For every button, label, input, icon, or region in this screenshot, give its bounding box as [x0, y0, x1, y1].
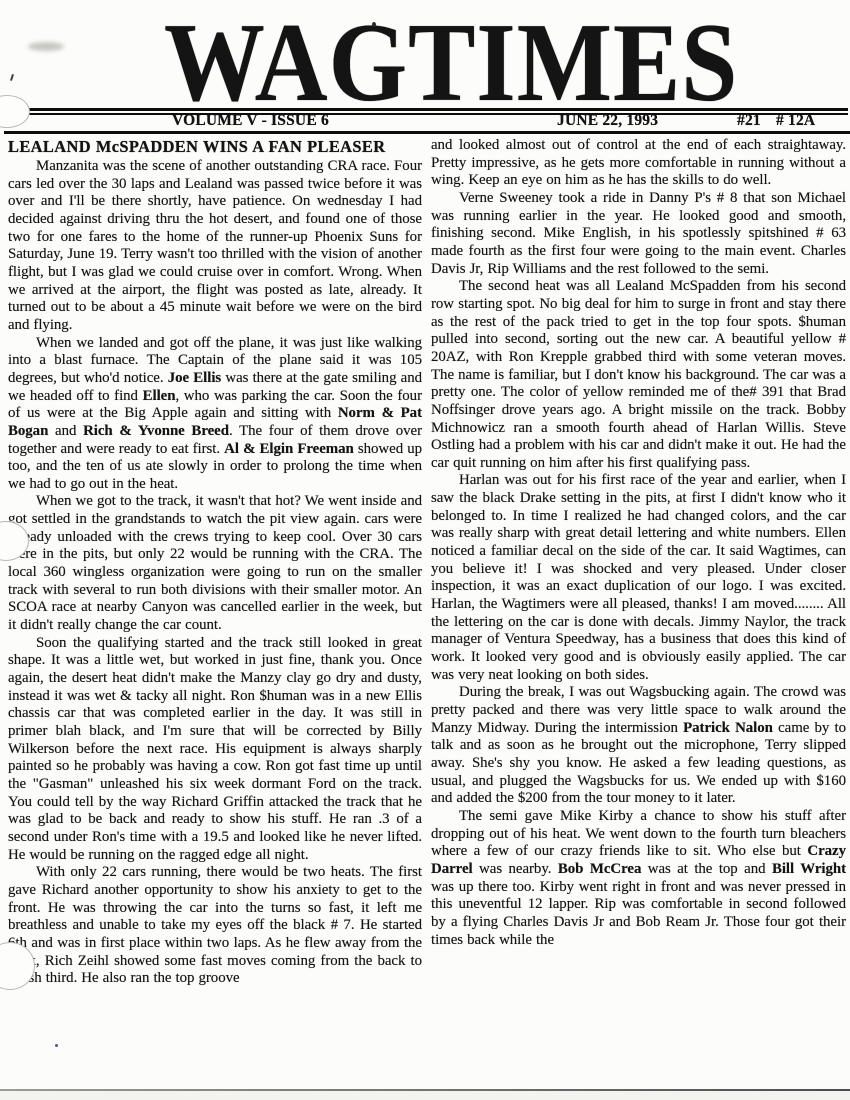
issue-number: #21	[737, 112, 761, 130]
newsletter-page: WAGTIMES VOLUME V - ISSUE 6 JUNE 22, 199…	[0, 0, 850, 1100]
bold-name-text: Bill Wright	[772, 861, 846, 877]
paragraph: and looked almost out of control at the …	[431, 137, 846, 190]
newsletter-title: WAGTIMES	[164, 6, 739, 119]
scan-speck-artifact	[372, 22, 376, 27]
right-column: and looked almost out of control at the …	[431, 137, 846, 988]
text-segment: The semi gave Mike Kirby a chance to sho…	[431, 808, 846, 859]
paragraph: The semi gave Mike Kirby a chance to sho…	[431, 808, 846, 949]
issue-date: JUNE 22, 1993	[557, 112, 658, 130]
ink-dot-artifact	[55, 1044, 58, 1047]
header-divider-rule	[4, 131, 850, 134]
volume-issue-label: VOLUME V - ISSUE 6	[172, 112, 329, 130]
paragraph: Harlan was out for his first race of the…	[431, 472, 846, 684]
text-segment: was up there too. Kirby went right in fr…	[431, 879, 846, 948]
masthead-rule-thick	[24, 108, 848, 111]
bold-name-text: Ellen	[143, 388, 176, 404]
text-segment: Soon the qualifying started and the trac…	[8, 635, 422, 863]
text-segment: Manzanita was the scene of another outst…	[8, 158, 422, 333]
text-segment: With only 22 cars running, there would b…	[8, 864, 422, 986]
masthead: WAGTIMES	[0, 6, 850, 103]
bold-name-text: Joe Ellis	[168, 370, 221, 386]
page-code: # 12A	[776, 112, 815, 130]
page-bottom-strip	[0, 1091, 850, 1100]
paragraph: Manzanita was the scene of another outst…	[8, 158, 422, 335]
text-segment: The second heat was all Lealand McSpadde…	[431, 278, 846, 471]
article-body: LEALAND McSPADDEN WINS A FAN PLEASER Man…	[8, 137, 846, 988]
paragraph: The second heat was all Lealand McSpadde…	[431, 278, 846, 472]
article-headline: LEALAND McSPADDEN WINS A FAN PLEASER	[8, 137, 422, 157]
text-segment: was at the top and	[641, 861, 772, 877]
text-segment: When we got to the track, it wasn't that…	[8, 493, 422, 633]
bold-name-text: Patrick Nalon	[683, 720, 773, 736]
issue-info-row: VOLUME V - ISSUE 6 JUNE 22, 1993 #21 # 1…	[0, 112, 850, 130]
text-segment: Harlan was out for his first race of the…	[431, 472, 846, 682]
bold-name-text: Rich & Yvonne Breed	[83, 423, 229, 439]
text-segment: and looked almost out of control at the …	[431, 137, 846, 188]
bold-name-text: Al & Elgin Freeman	[224, 441, 354, 457]
text-segment: was nearby.	[473, 861, 558, 877]
paragraph: Soon the qualifying started and the trac…	[8, 635, 422, 865]
paragraph: When we got to the track, it wasn't that…	[8, 493, 422, 634]
paragraph: Verne Sweeney took a ride in Danny P's #…	[431, 190, 846, 278]
paragraph: During the break, I was out Wagsbucking …	[431, 684, 846, 808]
paragraph: With only 22 cars running, there would b…	[8, 864, 422, 988]
text-segment: and	[48, 423, 83, 439]
bold-name-text: Bob McCrea	[558, 861, 641, 877]
left-column: LEALAND McSPADDEN WINS A FAN PLEASER Man…	[8, 137, 422, 988]
scan-smudge-artifact	[28, 42, 64, 51]
paragraph: When we landed and got off the plane, it…	[8, 335, 422, 494]
text-segment: Verne Sweeney took a ride in Danny P's #…	[431, 190, 846, 277]
